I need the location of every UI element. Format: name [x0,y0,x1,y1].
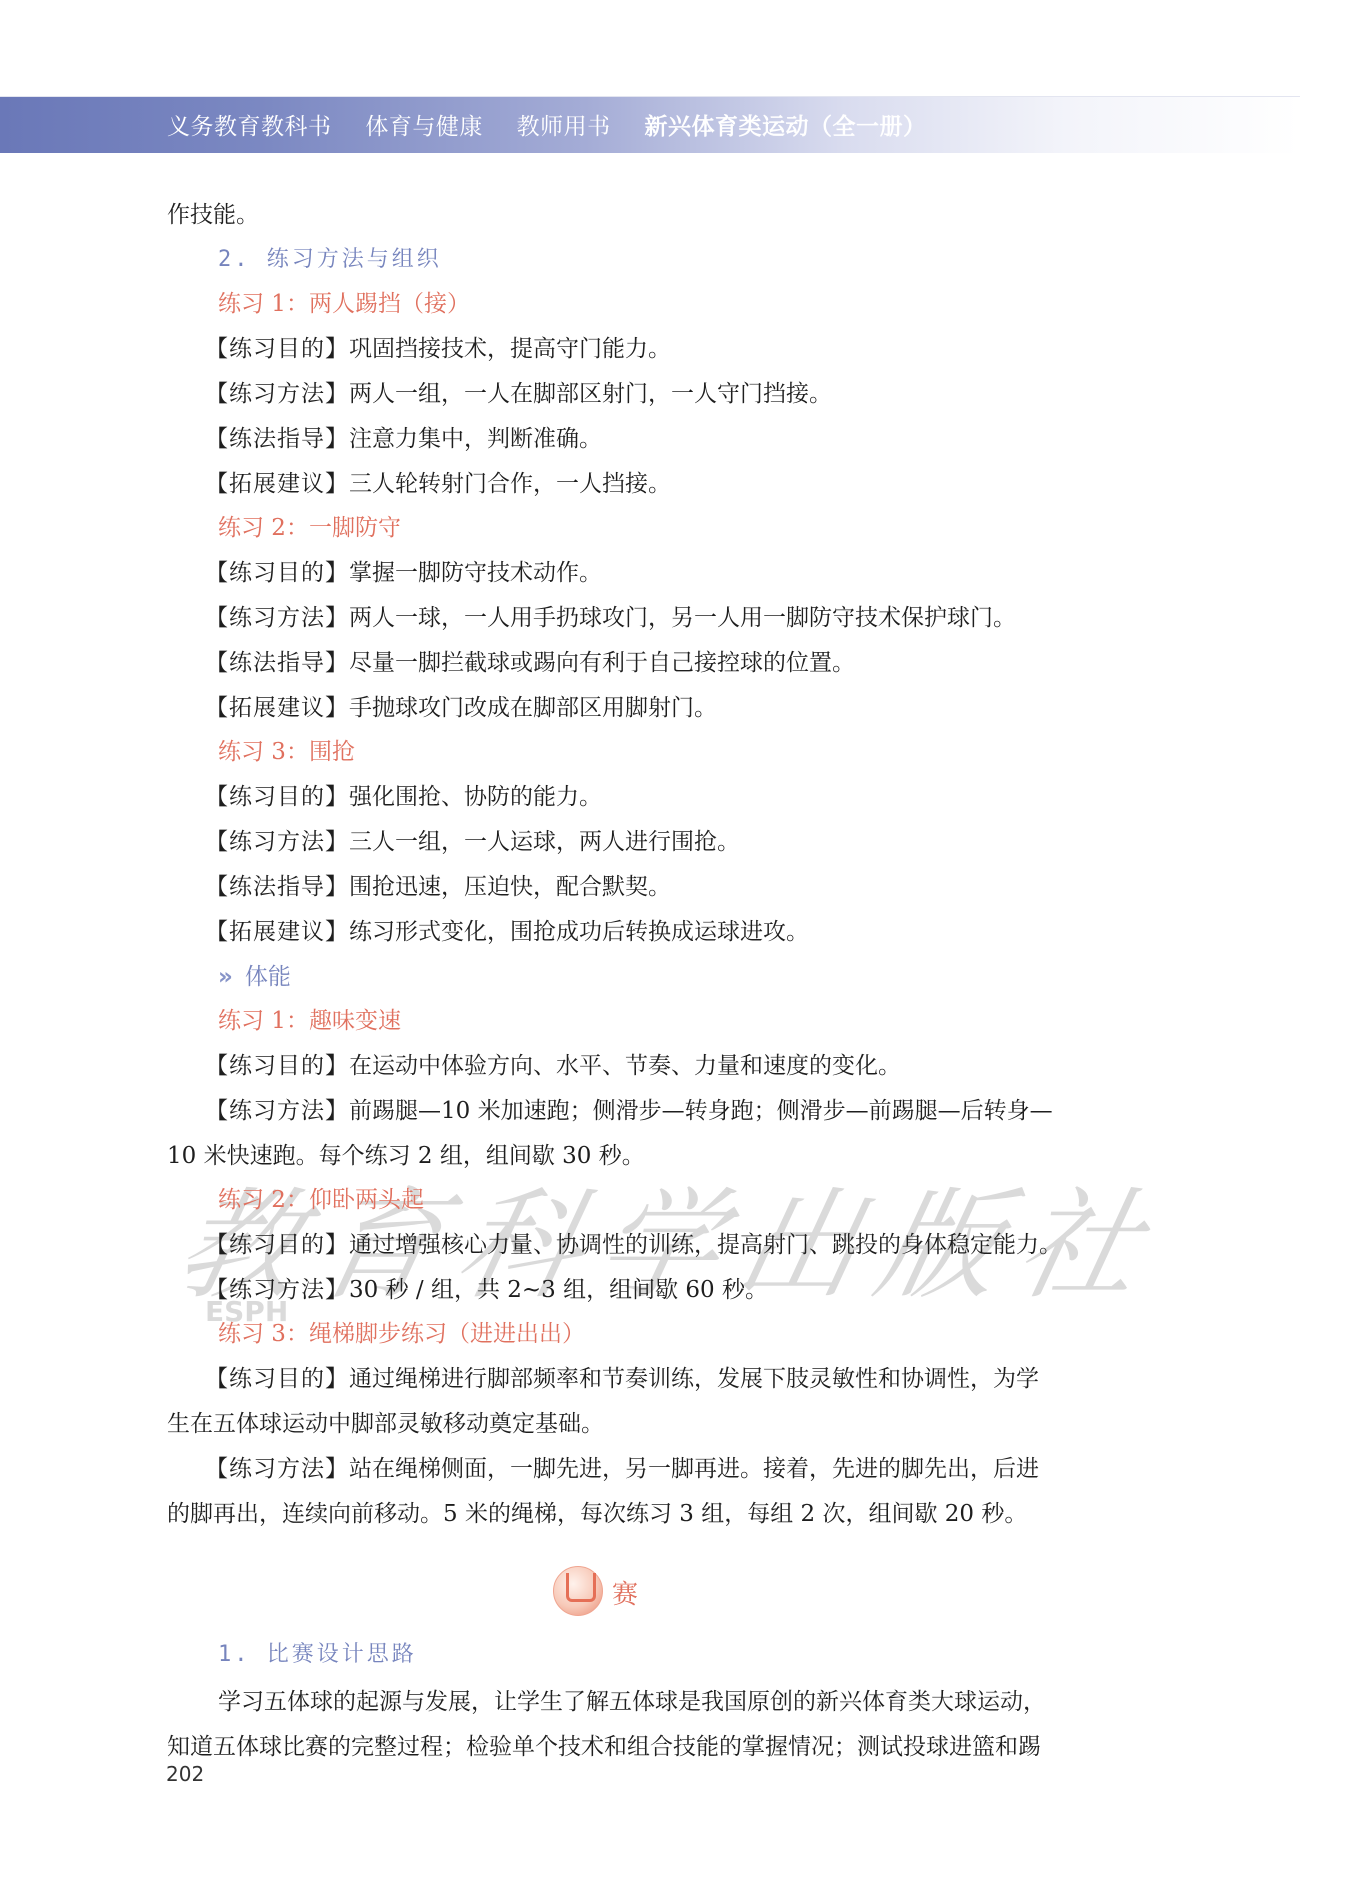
exercise-item: 【练习方法】30 秒 / 组，共 2~3 组，组间歇 60 秒。 [205,1275,768,1305]
exercise-item: 【练习方法】两人一组，一人在脚部区射门，一人守门挡接。 [205,379,832,409]
exercise-item: 【练习方法】站在绳梯侧面，一脚先进，另一脚再进。接着，先进的脚先出，后进 [205,1454,1039,1484]
exercise-item: 【练习方法】三人一组，一人运球，两人进行围抢。 [205,827,740,857]
match-section-icon [553,1566,603,1616]
fitness-heading: »体能 [218,962,291,992]
header-series: 义务教育教科书 [167,114,332,140]
exercise-item: 【练习方法】前踢腿—10 米加速跑；侧滑步—转身跑；侧滑步—前踢腿—后转身— [205,1096,1053,1126]
exercise-item: 【练习目的】在运动中体验方向、水平、节奏、力量和速度的变化。 [205,1051,901,1081]
double-chevron-right-icon: » [218,964,233,990]
exercise-item: 【练习目的】通过增强核心力量、协调性的训练，提高射门、跳投的身体稳定能力。 [205,1230,1062,1260]
exercise-title: 练习 1：两人踢挡（接） [218,289,470,319]
exercise-title: 练习 2：仰卧两头起 [218,1185,424,1215]
exercise-title: 练习 3：围抢 [218,737,355,767]
exercise-item: 【练法指导】尽量一脚拦截球或踢向有利于自己接控球的位置。 [205,648,855,678]
exercise-item: 【练法指导】注意力集中，判断准确。 [205,424,602,454]
header-volume: 新兴体育类运动（全一册） [644,114,926,140]
section-title-match-design: 1. 比赛设计思路 [218,1640,417,1670]
exercise-title: 练习 2：一脚防守 [218,513,401,543]
exercise-title: 练习 3：绳梯脚步练习（进进出出） [218,1319,585,1349]
paragraph-line: 学习五体球的起源与发展，让学生了解五体球是我国原创的新兴体育类大球运动， [218,1687,1046,1717]
paragraph-line: 知道五体球比赛的完整过程；检验单个技术和组合技能的掌握情况；测试投球进篮和踢 [167,1732,1041,1762]
exercise-item: 【练法指导】围抢迅速，压迫快，配合默契。 [205,872,671,902]
exercise-item-cont: 生在五体球运动中脚部灵敏移动奠定基础。 [167,1409,604,1439]
section-title-practice: 2. 练习方法与组织 [218,245,442,275]
exercise-item: 【练习目的】强化围抢、协防的能力。 [205,782,602,812]
exercise-item-cont: 的脚再出，连续向前移动。5 米的绳梯，每次练习 3 组，每组 2 次，组间歇 2… [167,1499,1027,1529]
continuation-text: 作技能。 [167,200,259,230]
header-subject: 体育与健康 [365,114,483,140]
running-header: 义务教育教科书 体育与健康 教师用书 新兴体育类运动（全一册） [167,108,952,141]
exercise-item: 【拓展建议】练习形式变化，围抢成功后转换成运球进攻。 [205,917,809,947]
page-number: 202 [166,1762,204,1786]
exercise-item: 【拓展建议】三人轮转射门合作，一人挡接。 [205,469,671,499]
header-book-type: 教师用书 [517,114,611,140]
exercise-title: 练习 1：趣味变速 [218,1006,401,1036]
exercise-item: 【练习目的】掌握一脚防守技术动作。 [205,558,602,588]
match-section-label: 赛 [612,1574,638,1611]
exercise-item: 【练习方法】两人一球，一人用手扔球攻门，另一人用一脚防守技术保护球门。 [205,603,1016,633]
exercise-item: 【拓展建议】手抛球攻门改成在脚部区用脚射门。 [205,693,717,723]
exercise-item: 【练习目的】巩固挡接技术，提高守门能力。 [205,334,671,364]
exercise-item-cont: 10 米快速跑。每个练习 2 组，组间歇 30 秒。 [167,1141,645,1171]
exercise-item: 【练习目的】通过绳梯进行脚部频率和节奏训练，发展下肢灵敏性和协调性，为学 [205,1364,1039,1394]
